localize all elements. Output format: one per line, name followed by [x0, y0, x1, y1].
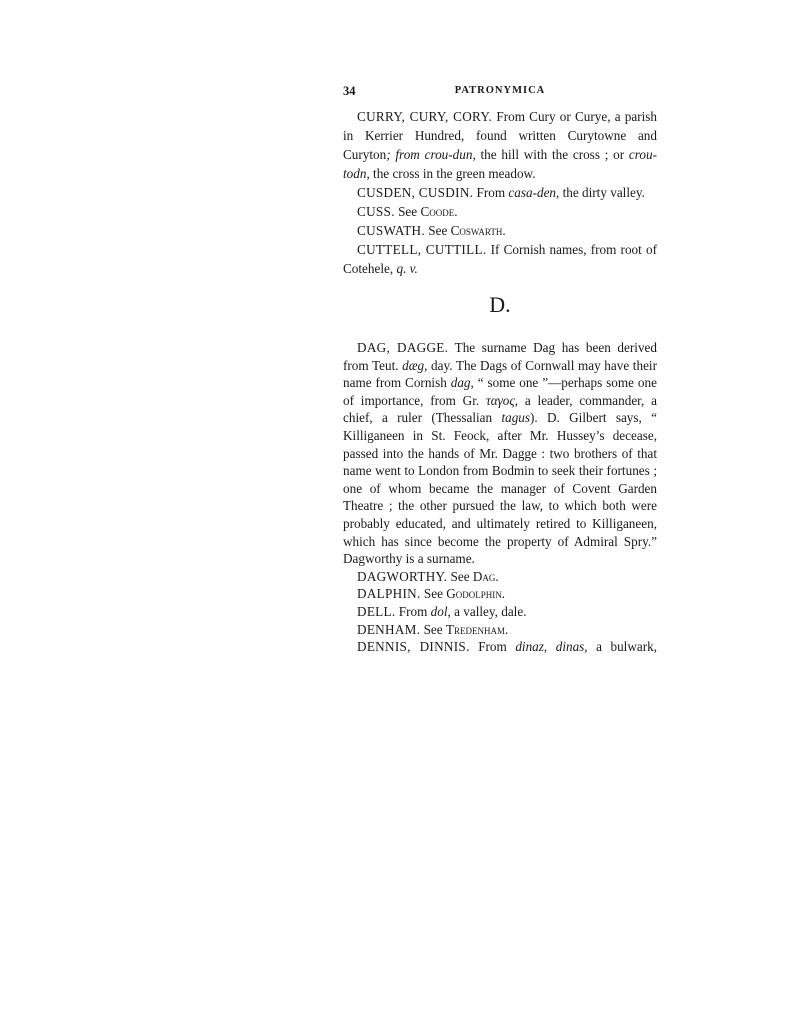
- entry-cusden: CUSDEN, CUSDIN. From casa-den, the dirty…: [343, 183, 657, 202]
- entry-dagworthy: DAGWORTHY. See Dag.: [343, 568, 657, 586]
- entry-dennis: DENNIS, DINNIS. From dinaz, dinas, a bul…: [343, 638, 657, 656]
- running-title: PATRONYMICA: [343, 85, 657, 96]
- entry-cuss: CUSS. See Coode.: [343, 202, 657, 221]
- running-head: 34 PATRONYMICA: [343, 84, 657, 102]
- entry-cuttell: CUTTELL, CUTTILL. If Cornish names, from…: [343, 240, 657, 278]
- section-c-entries: CURRY, CURY, CORY. From Cury or Curye, a…: [343, 107, 657, 278]
- entry-denham: DENHAM. See Tredenham.: [343, 621, 657, 639]
- book-page: 34 PATRONYMICA CURRY, CURY, CORY. From C…: [343, 84, 657, 656]
- entry-dalphin: DALPHIN. See Godolphin.: [343, 585, 657, 603]
- entry-dell: DELL. From dol, a valley, dale.: [343, 603, 657, 621]
- entry-curry: CURRY, CURY, CORY. From Cury or Curye, a…: [343, 107, 657, 183]
- section-d-entries: DAG, DAGGE. The surname Dag has been der…: [343, 339, 657, 656]
- section-letter-heading: D.: [343, 290, 657, 320]
- entry-cuswath: CUSWATH. See Coswarth.: [343, 221, 657, 240]
- entry-dag: DAG, DAGGE. The surname Dag has been der…: [343, 339, 657, 568]
